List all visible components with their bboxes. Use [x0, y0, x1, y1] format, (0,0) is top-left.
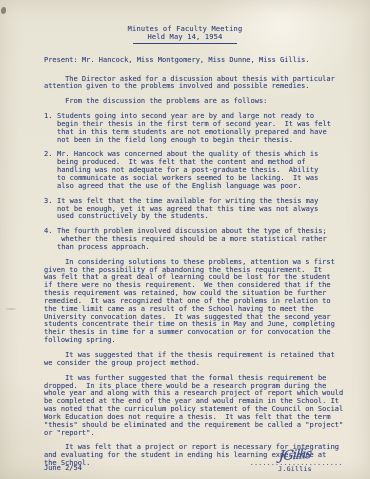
- list-item-4: 4. The fourth problem involved discussio…: [44, 228, 346, 252]
- paper-smudge: [6, 308, 16, 310]
- lead-in-line: From the discussion the problems are as …: [44, 98, 346, 106]
- intro-paragraph: The Director asked for a discussion abou…: [44, 76, 346, 92]
- drop-thesis-paragraph: It was further suggested that the formal…: [44, 375, 346, 438]
- doc-date-heading: Held May 14, 1954: [133, 34, 236, 44]
- list-item-number: 1.: [44, 113, 57, 144]
- solutions-paragraph: In considering solutions to these proble…: [44, 259, 346, 345]
- group-project-paragraph: It was suggested that if the thesis requ…: [44, 352, 346, 368]
- list-item-number: 4.: [44, 228, 57, 252]
- list-item-text: The fourth problem involved discussion a…: [57, 228, 346, 252]
- signature-typed-name: J.Gillis: [250, 466, 340, 473]
- present-line: Present: Mr. Hancock, Miss Montgomery, M…: [44, 57, 346, 65]
- list-item-2: 2. Mr. Hancock was concerned about the q…: [44, 151, 346, 190]
- list-item-number: 2.: [44, 151, 57, 190]
- document-page: Minutes of Faculty Meeting Held May 14, …: [0, 0, 370, 479]
- list-item-1: 1. Students going into second year are b…: [44, 113, 346, 144]
- signature-block: JGillis ...................... J.Gillis: [250, 450, 340, 473]
- paper-speck: [1, 7, 6, 14]
- list-item-3: 3. It was felt that the time available f…: [44, 198, 346, 222]
- list-item-text: Mr. Hancock was concerned about the qual…: [57, 151, 346, 190]
- list-item-number: 3.: [44, 198, 57, 222]
- list-item-text: It was felt that the time available for …: [57, 198, 346, 222]
- list-item-text: Students going into second year are by a…: [57, 113, 346, 144]
- document-header: Minutes of Faculty Meeting Held May 14, …: [24, 26, 346, 44]
- document-date: June 2/54: [44, 465, 82, 473]
